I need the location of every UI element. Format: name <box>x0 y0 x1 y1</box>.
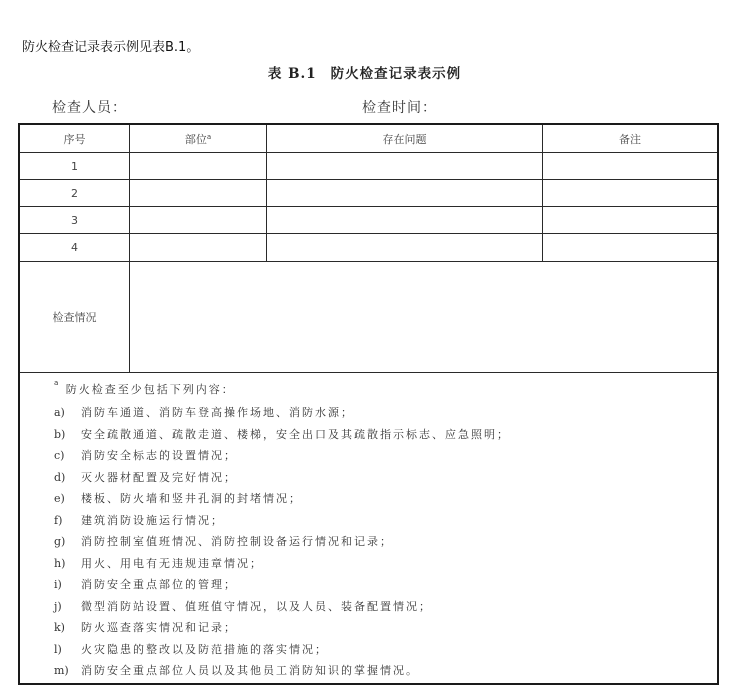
item-text: 楼板、防火墙和竖井孔洞的封堵情况； <box>81 492 302 505</box>
header-location-text: 部位 <box>185 131 207 147</box>
cell-remark[interactable] <box>543 234 717 261</box>
footnote-item: e)楼板、防火墙和竖井孔洞的封堵情况； <box>54 490 302 506</box>
item-text: 灭火器材配置及完好情况； <box>81 471 237 484</box>
cell-location[interactable] <box>130 153 267 179</box>
cell-serial-no: 3 <box>20 207 130 233</box>
footnote-mark: a <box>207 133 211 141</box>
table-header-row: 序号 部位a 存在问题 备注 <box>20 125 717 153</box>
footnote-item: h)用火、用电有无违规违章情况； <box>54 555 263 571</box>
cell-problem[interactable] <box>267 234 543 261</box>
footnote-item: c)消防安全标志的设置情况； <box>54 447 237 463</box>
header-problem: 存在问题 <box>267 125 543 152</box>
item-text: 安全疏散通道、疏散走道、楼梯，安全出口及其疏散指示标志、应急照明； <box>81 428 510 441</box>
item-text: 消防安全标志的设置情况； <box>81 449 237 462</box>
item-label: m) <box>54 664 81 677</box>
cell-problem[interactable] <box>267 207 543 233</box>
item-text: 消防安全重点部位的管理； <box>81 578 237 591</box>
item-label: l) <box>54 643 81 656</box>
footnote-item: m)消防安全重点部位人员以及其他员工消防知识的掌握情况。 <box>54 662 419 678</box>
footnote-item: a)消防车通道、消防车登高操作场地、消防水源； <box>54 404 354 420</box>
header-remark: 备注 <box>543 125 717 152</box>
footnote-item: k)防火巡查落实情况和记录； <box>54 619 237 635</box>
table-number: 表 B.1 <box>268 66 317 82</box>
item-text: 消防车通道、消防车登高操作场地、消防水源； <box>81 406 354 419</box>
item-text: 消防控制室值班情况、消防控制设备运行情况和记录； <box>81 535 393 548</box>
item-label: k) <box>54 621 81 634</box>
footnote-heading-text: 防火检查至少包括下列内容： <box>66 383 235 396</box>
cell-remark[interactable] <box>543 180 717 206</box>
item-label: i) <box>54 578 81 591</box>
item-text: 火灾隐患的整改以及防范措施的落实情况； <box>81 643 328 656</box>
item-label: b) <box>54 428 81 441</box>
inspection-situation-field[interactable] <box>130 262 717 372</box>
item-label: f) <box>54 514 81 527</box>
cell-remark[interactable] <box>543 207 717 233</box>
table-title: 防火检查记录表示例 <box>331 66 462 82</box>
header-location: 部位a <box>130 125 267 152</box>
table-row: 2 <box>20 180 717 207</box>
cell-problem[interactable] <box>267 153 543 179</box>
item-label: e) <box>54 492 81 505</box>
inspector-label: 检查人员： <box>52 97 127 117</box>
cell-serial-no: 2 <box>20 180 130 206</box>
header-serial-no: 序号 <box>20 125 130 152</box>
footnote-item: f)建筑消防设施运行情况； <box>54 512 224 528</box>
item-label: d) <box>54 471 81 484</box>
table-row: 4 <box>20 234 717 262</box>
footnote-item: g)消防控制室值班情况、消防控制设备运行情况和记录； <box>54 533 393 549</box>
cell-problem[interactable] <box>267 180 543 206</box>
cell-location[interactable] <box>130 234 267 261</box>
table-caption: 表 B.1防火检查记录表示例 <box>0 62 729 82</box>
table-row: 1 <box>20 153 717 180</box>
footnote-item: d)灭火器材配置及完好情况； <box>54 469 237 485</box>
footnote-mark: a <box>54 379 60 387</box>
cell-serial-no: 1 <box>20 153 130 179</box>
footnote-item: b)安全疏散通道、疏散走道、楼梯，安全出口及其疏散指示标志、应急照明； <box>54 426 510 442</box>
cell-remark[interactable] <box>543 153 717 179</box>
item-label: h) <box>54 557 81 570</box>
item-text: 微型消防站设置、值班值守情况，以及人员、装备配置情况； <box>81 600 432 613</box>
inspection-situation-label: 检查情况 <box>20 262 130 372</box>
item-text: 建筑消防设施运行情况； <box>81 514 224 527</box>
item-text: 用火、用电有无违规违章情况； <box>81 557 263 570</box>
cell-location[interactable] <box>130 180 267 206</box>
item-label: a) <box>54 406 81 419</box>
footnote-item: j)微型消防站设置、值班值守情况，以及人员、装备配置情况； <box>54 598 432 614</box>
item-text: 防火巡查落实情况和记录； <box>81 621 237 634</box>
item-label: j) <box>54 600 81 613</box>
cell-serial-no: 4 <box>20 234 130 261</box>
inspection-time-label: 检查时间： <box>362 97 437 117</box>
inspection-situation-row: 检查情况 <box>20 262 717 373</box>
footnote-heading: a 防火检查至少包括下列内容： <box>54 381 235 397</box>
item-label: g) <box>54 535 81 548</box>
footnote-item: l)火灾隐患的整改以及防范措施的落实情况； <box>54 641 328 657</box>
footnote-section: a 防火检查至少包括下列内容： a)消防车通道、消防车登高操作场地、消防水源； … <box>20 373 717 683</box>
cell-location[interactable] <box>130 207 267 233</box>
table-row: 3 <box>20 207 717 234</box>
item-label: c) <box>54 449 81 462</box>
item-text: 消防安全重点部位人员以及其他员工消防知识的掌握情况。 <box>81 664 419 677</box>
footnote-item: i)消防安全重点部位的管理； <box>54 576 237 592</box>
fire-inspection-table: 序号 部位a 存在问题 备注 1 2 3 4 检查情况 a 防火检查至少包括下列… <box>18 123 719 685</box>
intro-text: 防火检查记录表示例见表B.1。 <box>22 36 199 55</box>
